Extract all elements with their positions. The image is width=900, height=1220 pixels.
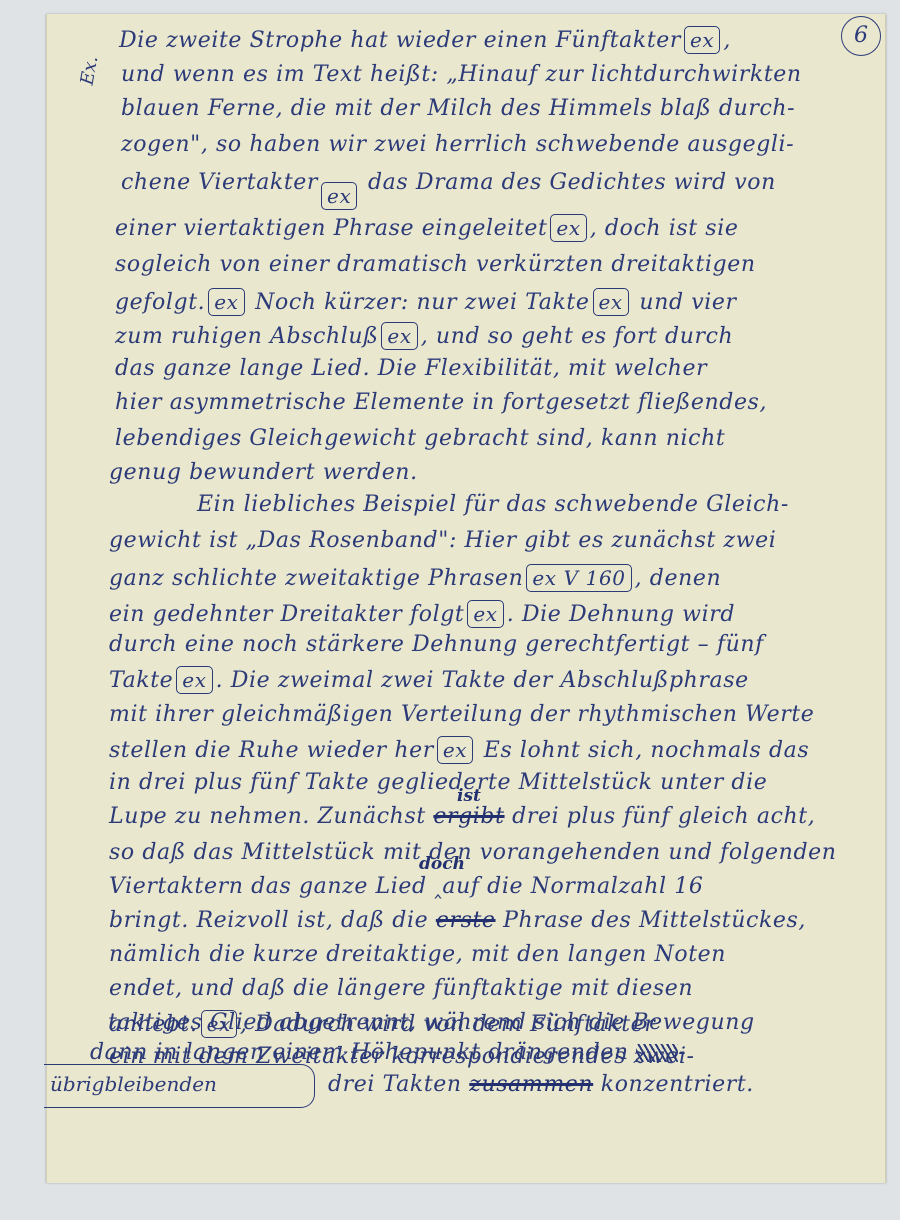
example-box: ex — [321, 182, 357, 210]
text-line-28: endet, und daß die längere fünftaktige m… — [109, 976, 693, 1001]
margin-insertion: übrigbleibenden — [50, 1072, 217, 1096]
example-box: ex — [437, 736, 473, 764]
text-line-4: zogen", so haben wir zwei herrlich schwe… — [121, 132, 794, 157]
manuscript-page: 6 Ex. Die zweite Strophe hat wieder eine… — [46, 14, 886, 1183]
text-line-24: so daß das Mittelstück mit den vorangehe… — [109, 840, 837, 865]
margin-note: Ex. — [77, 54, 103, 86]
text-line-18: durch eine noch stärkere Dehnung gerecht… — [109, 632, 764, 657]
text-line-3: blauen Ferne, die mit der Milch des Himm… — [121, 96, 795, 121]
text-line-9: zum ruhigen Abschlußex, und so geht es f… — [115, 322, 733, 350]
text-line-23: Lupe zu nehmen. Zunächst ergibt drei plu… — [109, 804, 815, 829]
text-line-1: Die zweite Strophe hat wieder einen Fünf… — [119, 26, 731, 54]
text-line-33: drei Takten zusammen konzentriert. — [328, 1072, 754, 1097]
text-line-20: mit ihrer gleichmäßigen Verteilung der r… — [109, 702, 814, 727]
text-line-19: Takteex. Die zweimal zwei Takte der Absc… — [109, 666, 749, 694]
text-line-21: stellen die Ruhe wieder herex Es lohnt s… — [109, 736, 809, 764]
text-line-5: chene Viertakterex das Drama des Gedicht… — [121, 168, 776, 196]
example-box: ex — [208, 288, 244, 316]
example-box: ex — [467, 600, 503, 628]
example-box: ex — [684, 26, 720, 54]
text-line-8: gefolgt.ex Noch kürzer: nur zwei Takteex… — [115, 288, 737, 316]
text-line-26: bringt. Reizvoll ist, daß die erste Phra… — [109, 908, 806, 933]
text-line-7: sogleich von einer dramatisch verkürzten… — [115, 252, 756, 277]
text-line-10: das ganze lange Lied. Die Flexibilität, … — [115, 356, 707, 381]
text-line-15: gewicht ist „Das Rosenband": Hier gibt e… — [109, 528, 776, 553]
text-line-32: dann in langen einem Höhepunkt drängende… — [90, 1040, 686, 1065]
text-line-2: und wenn es im Text heißt: „Hinauf zur l… — [121, 62, 802, 87]
text-line-17: ein gedehnter Dreitakter folgtex. Die De… — [109, 600, 735, 628]
page-number: 6 — [841, 16, 881, 56]
example-box: ex — [381, 322, 417, 350]
insertion-ist: ist — [457, 786, 481, 806]
text-line-31: taktiges Glied abgetrennt, während sich … — [108, 1010, 755, 1035]
text-line-13: genug bewundert werden. — [109, 460, 418, 485]
scribbled-out-word — [636, 1044, 678, 1062]
struck-word: erste — [436, 908, 496, 933]
text-line-27: nämlich die kurze dreitaktige, mit den l… — [109, 942, 726, 967]
struck-word: zusammen — [469, 1072, 593, 1097]
text-line-25: Viertaktern das ganze Lied ‸auf die Norm… — [109, 874, 703, 899]
example-box: ex — [550, 214, 586, 242]
struck-word: ergibt — [433, 804, 504, 829]
example-box: ex — [593, 288, 629, 316]
example-box: ex V 160 — [526, 564, 631, 592]
insertion-doch: doch — [419, 854, 465, 874]
text-line-14: Ein liebliches Beispiel für das schweben… — [197, 492, 789, 517]
text-line-16: ganz schlichte zweitaktige Phrasenex V 1… — [109, 564, 721, 592]
text-line-11: hier asymmetrische Elemente in fortgeset… — [115, 390, 767, 415]
text-line-6: einer viertaktigen Phrase eingeleitetex,… — [115, 214, 738, 242]
example-box: ex — [176, 666, 212, 694]
text-line-12: lebendiges Gleichgewicht gebracht sind, … — [115, 426, 725, 451]
text-line-22: in drei plus fünf Takte gegliederte Mitt… — [109, 770, 767, 795]
